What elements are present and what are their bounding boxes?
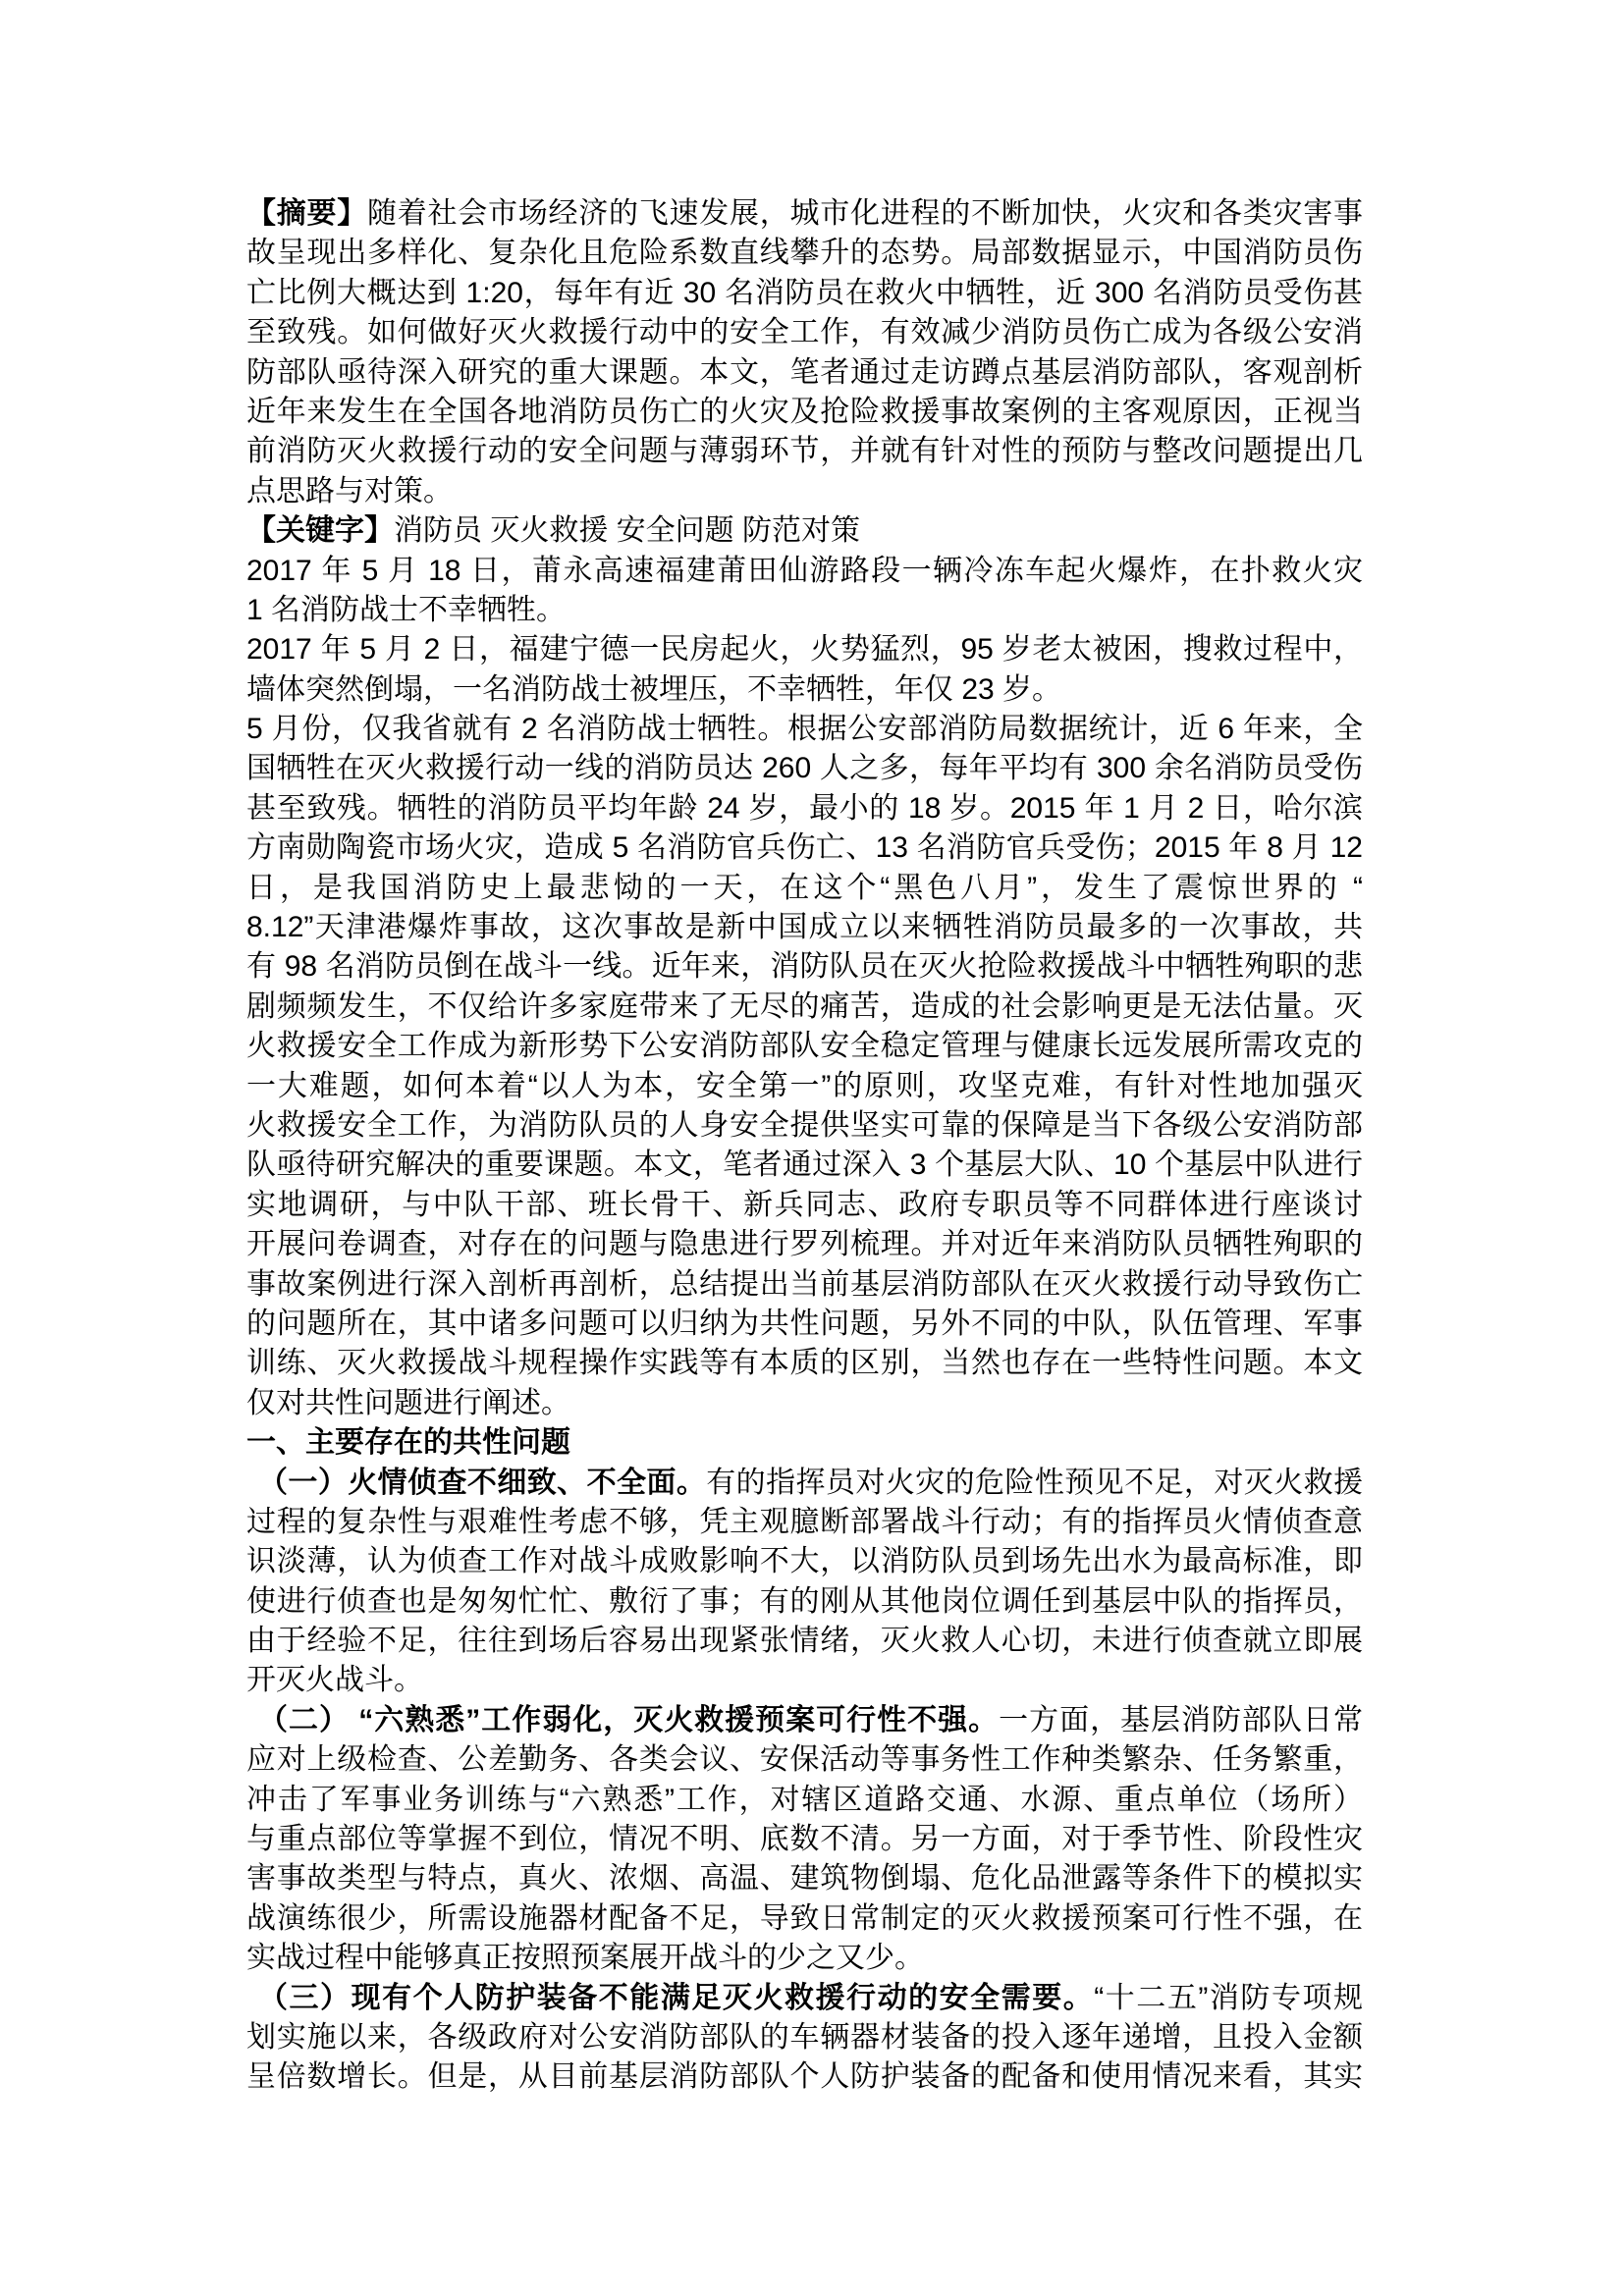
text-line: 事故案例进行深入剖析再剖析，总结提出当前基层消防部队在灭火救援行动导致伤亡: [246, 1265, 1363, 1305]
text-run: 仅对共性问题进行阐述。: [246, 1387, 570, 1419]
text-run: 由于经验不足，往往到场后容易出现紧张情绪，灭火救人心切，未进行侦查就立即展: [246, 1625, 1363, 1657]
text-run: 日，是我国消防史上最悲恸的一天，在这个“黑色八月”，发生了震惊世界的 “: [246, 872, 1363, 904]
text-run: 剧频频发生，不仅给许多家庭带来了无尽的痛苦，造成的社会影响更是无法估量。灭: [246, 990, 1363, 1023]
text-line: 方南勋陶瓷市场火灾，造成 5 名消防官兵伤亡、13 名消防官兵受伤；2015 年…: [246, 828, 1363, 868]
text-line: 墙体突然倒塌，一名消防战士被埋压，不幸牺牲，年仅 23 岁。: [246, 670, 1363, 710]
text-run: 1 名消防战士不幸牺牲。: [246, 594, 566, 626]
text-line: 过程的复杂性与艰难性考虑不够，凭主观臆断部署战斗行动；有的指挥员火情侦查意: [246, 1503, 1363, 1542]
text-run: 过程的复杂性与艰难性考虑不够，凭主观臆断部署战斗行动；有的指挥员火情侦查意: [246, 1506, 1363, 1538]
text-line: 一大难题，如何本着“以人为本，安全第一”的原则，攻坚克难，有针对性地加强灭: [246, 1067, 1363, 1106]
text-run: 冲击了军事业务训练与“六熟悉”工作，对辖区道路交通、水源、重点单位（场所）: [246, 1784, 1363, 1816]
text-line: 害事故类型与特点，真火、浓烟、高温、建筑物倒塌、危化品泄露等条件下的模拟实: [246, 1859, 1363, 1898]
text-run: 一方面，基层消防部队日常: [999, 1704, 1363, 1736]
text-line: 训练、灭火救援战斗规程操作实践等有本质的区别，当然也存在一些特性问题。本文: [246, 1344, 1363, 1383]
text-line: 剧频频发生，不仅给许多家庭带来了无尽的痛苦，造成的社会影响更是无法估量。灭: [246, 988, 1363, 1027]
text-run: 消防员 灭火救援 安全问题 防范对策: [394, 514, 860, 547]
text-run: 国牺牲在灭火救援行动一线的消防员达 260 人之多，每年平均有 300 余名消防…: [246, 752, 1363, 784]
text-line: 故呈现出多样化、复杂化且危险系数直线攀升的态势。局部数据显示，中国消防员伤: [246, 234, 1363, 273]
text-line: 防部队亟待深入研究的重大课题。本文，笔者通过走访蹲点基层消防部队，客观剖析: [246, 353, 1363, 393]
text-line: 【关键字】消防员 灭火救援 安全问题 防范对策: [246, 511, 1363, 551]
text-run: 前消防灭火救援行动的安全问题与薄弱环节，并就有针对性的预防与整改问题提出几: [246, 435, 1363, 467]
text-line: 火救援安全工作成为新形势下公安消防部队安全稳定管理与健康长远发展所需攻克的: [246, 1027, 1363, 1066]
text-run: 识淡薄，认为侦查工作对战斗成败影响不大，以消防队员到场先出水为最高标准，即: [246, 1545, 1363, 1577]
text-run: 防部队亟待深入研究的重大课题。本文，笔者通过走访蹲点基层消防部队，客观剖析: [246, 356, 1363, 389]
text-line: 8.12”天津港爆炸事故，这次事故是新中国成立以来牺牲消防员最多的一次事故，共: [246, 908, 1363, 947]
text-line: 实地调研，与中队干部、班长骨干、新兵同志、政府专职员等不同群体进行座谈讨论，: [246, 1186, 1363, 1225]
text-run: 的问题所在，其中诸多问题可以归纳为共性问题，另外不同的中队，队伍管理、军事: [246, 1308, 1363, 1340]
text-line: 火救援安全工作，为消防队员的人身安全提供坚实可靠的保障是当下各级公安消防部: [246, 1106, 1363, 1146]
text-line: （二） “六熟悉”工作弱化，灭火救援预案可行性不强。一方面，基层消防部队日常: [246, 1701, 1363, 1740]
text-line: 2017 年 5 月 18 日，莆永高速福建莆田仙游路段一辆冷冻车起火爆炸，在扑…: [246, 552, 1363, 591]
text-run: 2017 年 5 月 2 日，福建宁德一民房起火，火势猛烈，95 岁老太被困，搜…: [246, 633, 1363, 666]
text-line: 亡比例大概达到 1:20，每年有近 30 名消防员在救火中牺牲，近 300 名消…: [246, 274, 1363, 313]
text-line: 有 98 名消防员倒在战斗一线。近年来，消防队员在灭火抢险救援战斗中牺牲殉职的悲: [246, 947, 1363, 987]
text-run: 火救援安全工作，为消防队员的人身安全提供坚实可靠的保障是当下各级公安消防部: [246, 1109, 1363, 1142]
text-run: 训练、灭火救援战斗规程操作实践等有本质的区别，当然也存在一些特性问题。本文: [246, 1347, 1363, 1379]
text-line: 1 名消防战士不幸牺牲。: [246, 591, 1363, 630]
text-line: 战演练很少，所需设施器材配备不足，导致日常制定的灭火救援预案可行性不强，在: [246, 1899, 1363, 1939]
text-run: 至致残。如何做好灭火救援行动中的安全工作，有效减少消防员伤亡成为各级公安消: [246, 316, 1363, 348]
document-page: 【摘要】随着社会市场经济的飞速发展，城市化进程的不断加快，火灾和各类灾害事故呈现…: [0, 0, 1624, 2296]
text-run: 有 98 名消防员倒在战斗一线。近年来，消防队员在灭火抢险救援战斗中牺牲殉职的悲: [246, 950, 1363, 983]
text-run: 5 月份，仅我省就有 2 名消防战士牺牲。根据公安部消防局数据统计，近 6 年来…: [246, 713, 1363, 745]
text-run: 有的指挥员对火灾的危险性预见不足，对灭火救援: [706, 1467, 1363, 1499]
text-run: “十二五”消防专项规: [1094, 1982, 1363, 2014]
text-run: 开灭火战斗。: [246, 1664, 423, 1696]
text-line: 使进行侦查也是匆匆忙忙、敷衍了事；有的刚从其他岗位调任到基层中队的指挥员，: [246, 1582, 1363, 1622]
bold-text-run: （一）火情侦查不细致、不全面。: [258, 1467, 706, 1499]
text-run: 开展问卷调查，对存在的问题与隐患进行罗列梳理。并对近年来消防队员牺牲殉职的: [246, 1228, 1363, 1260]
text-run: 甚至致残。牺牲的消防员平均年龄 24 岁，最小的 18 岁。2015 年 1 月…: [246, 792, 1363, 828]
text-line: 划实施以来，各级政府对公安消防部队的车辆器材装备的投入逐年递增，且投入金额: [246, 2018, 1363, 2057]
text-line: 前消防灭火救援行动的安全问题与薄弱环节，并就有针对性的预防与整改问题提出几: [246, 432, 1363, 471]
text-line: 一、主要存在的共性问题: [246, 1423, 1363, 1463]
text-run: 2017 年 5 月 18 日，莆永高速福建莆田仙游路段一辆冷冻车起火爆炸，在扑…: [246, 555, 1363, 591]
text-run: 实地调研，与中队干部、班长骨干、新兵同志、政府专职员等不同群体进行座谈讨论，: [246, 1189, 1363, 1225]
text-line: 近年来发生在全国各地消防员伤亡的火灾及抢险救援事故案例的主客观原因，正视当: [246, 393, 1363, 432]
text-run: 点思路与对策。: [246, 475, 453, 507]
text-run: 害事故类型与特点，真火、浓烟、高温、建筑物倒塌、危化品泄露等条件下的模拟实: [246, 1862, 1363, 1895]
bold-text-run: （二） “六熟悉”工作弱化，灭火救援预案可行性不强。: [258, 1704, 999, 1736]
text-line: 识淡薄，认为侦查工作对战斗成败影响不大，以消防队员到场先出水为最高标准，即: [246, 1542, 1363, 1581]
text-line: 应对上级检查、公差勤务、各类会议、安保活动等事务性工作种类繁杂、任务繁重，: [246, 1740, 1363, 1780]
text-line: 甚至致残。牺牲的消防员平均年龄 24 岁，最小的 18 岁。2015 年 1 月…: [246, 789, 1363, 828]
text-line: 队亟待研究解决的重要课题。本文，笔者通过深入 3 个基层大队、10 个基层中队进…: [246, 1146, 1363, 1185]
text-line: 5 月份，仅我省就有 2 名消防战士牺牲。根据公安部消防局数据统计，近 6 年来…: [246, 710, 1363, 749]
text-run: 近年来发生在全国各地消防员伤亡的火灾及抢险救援事故案例的主客观原因，正视当: [246, 396, 1363, 428]
text-line: 点思路与对策。: [246, 472, 1363, 511]
document-text: 【摘要】随着社会市场经济的飞速发展，城市化进程的不断加快，火灾和各类灾害事故呈现…: [246, 194, 1363, 2098]
text-run: 划实施以来，各级政府对公安消防部队的车辆器材装备的投入逐年递增，且投入金额: [246, 2021, 1363, 2054]
text-run: 8.12”天津港爆炸事故，这次事故是新中国成立以来牺牲消防员最多的一次事故，共: [246, 911, 1363, 943]
text-run: 墙体突然倒塌，一名消防战士被埋压，不幸牺牲，年仅 23 岁。: [246, 673, 1061, 706]
bold-text-run: 一、主要存在的共性问题: [246, 1426, 570, 1459]
text-line: 至致残。如何做好灭火救援行动中的安全工作，有效减少消防员伤亡成为各级公安消: [246, 313, 1363, 352]
text-line: 实战过程中能够真正按照预案展开战斗的少之又少。: [246, 1939, 1363, 1978]
text-run: 随着社会市场经济的飞速发展，城市化进程的不断加快，火灾和各类灾害事: [367, 197, 1363, 230]
text-run: 火救援安全工作成为新形势下公安消防部队安全稳定管理与健康长远发展所需攻克的: [246, 1030, 1363, 1062]
text-run: 一大难题，如何本着“以人为本，安全第一”的原则，攻坚克难，有针对性地加强灭: [246, 1070, 1363, 1102]
text-line: 开灭火战斗。: [246, 1661, 1363, 1700]
text-line: 2017 年 5 月 2 日，福建宁德一民房起火，火势猛烈，95 岁老太被困，搜…: [246, 630, 1363, 669]
bold-text-run: （三）现有个人防护装备不能满足灭火救援行动的安全需要。: [258, 1982, 1094, 2014]
text-run: 战演练很少，所需设施器材配备不足，导致日常制定的灭火救援预案可行性不强，在: [246, 1902, 1363, 1935]
text-line: 开展问卷调查，对存在的问题与隐患进行罗列梳理。并对近年来消防队员牺牲殉职的: [246, 1225, 1363, 1264]
text-line: 由于经验不足，往往到场后容易出现紧张情绪，灭火救人心切，未进行侦查就立即展: [246, 1622, 1363, 1661]
text-line: 与重点部位等掌握不到位，情况不明、底数不清。另一方面，对于季节性、阶段性灾: [246, 1820, 1363, 1859]
text-line: 的问题所在，其中诸多问题可以归纳为共性问题，另外不同的中队，队伍管理、军事: [246, 1305, 1363, 1344]
bold-text-run: 【关键字】: [246, 514, 394, 547]
text-line: 【摘要】随着社会市场经济的飞速发展，城市化进程的不断加快，火灾和各类灾害事: [246, 194, 1363, 234]
text-run: 亡比例大概达到 1:20，每年有近 30 名消防员在救火中牺牲，近 300 名消…: [246, 277, 1363, 309]
text-run: 故呈现出多样化、复杂化且危险系数直线攀升的态势。局部数据显示，中国消防员伤: [246, 237, 1363, 269]
text-run: 与重点部位等掌握不到位，情况不明、底数不清。另一方面，对于季节性、阶段性灾: [246, 1823, 1363, 1855]
text-line: 冲击了军事业务训练与“六熟悉”工作，对辖区道路交通、水源、重点单位（场所）: [246, 1781, 1363, 1820]
text-line: （三）现有个人防护装备不能满足灭火救援行动的安全需要。“十二五”消防专项规: [246, 1979, 1363, 2018]
text-line: 仅对共性问题进行阐述。: [246, 1384, 1363, 1423]
text-line: 国牺牲在灭火救援行动一线的消防员达 260 人之多，每年平均有 300 余名消防…: [246, 749, 1363, 788]
text-run: 事故案例进行深入剖析再剖析，总结提出当前基层消防部队在灭火救援行动导致伤亡: [246, 1268, 1363, 1301]
text-line: 日，是我国消防史上最悲恸的一天，在这个“黑色八月”，发生了震惊世界的 “: [246, 869, 1363, 908]
text-line: （一）火情侦查不细致、不全面。有的指挥员对火灾的危险性预见不足，对灭火救援: [246, 1464, 1363, 1503]
bold-text-run: 【摘要】: [246, 197, 367, 230]
text-run: 呈倍数增长。但是，从目前基层消防部队个人防护装备的配备和使用情况来看，其实: [246, 2060, 1363, 2093]
text-run: 应对上级检查、公差勤务、各类会议、安保活动等事务性工作种类繁杂、任务繁重，: [246, 1743, 1363, 1776]
text-run: 使进行侦查也是匆匆忙忙、敷衍了事；有的刚从其他岗位调任到基层中队的指挥员，: [246, 1585, 1363, 1618]
text-run: 队亟待研究解决的重要课题。本文，笔者通过深入 3 个基层大队、10 个基层中队进…: [246, 1148, 1363, 1181]
text-run: 实战过程中能够真正按照预案展开战斗的少之又少。: [246, 1942, 924, 1974]
text-run: 方南勋陶瓷市场火灾，造成 5 名消防官兵伤亡、13 名消防官兵受伤；2015 年…: [246, 831, 1363, 864]
text-line: 呈倍数增长。但是，从目前基层消防部队个人防护装备的配备和使用情况来看，其实: [246, 2057, 1363, 2097]
